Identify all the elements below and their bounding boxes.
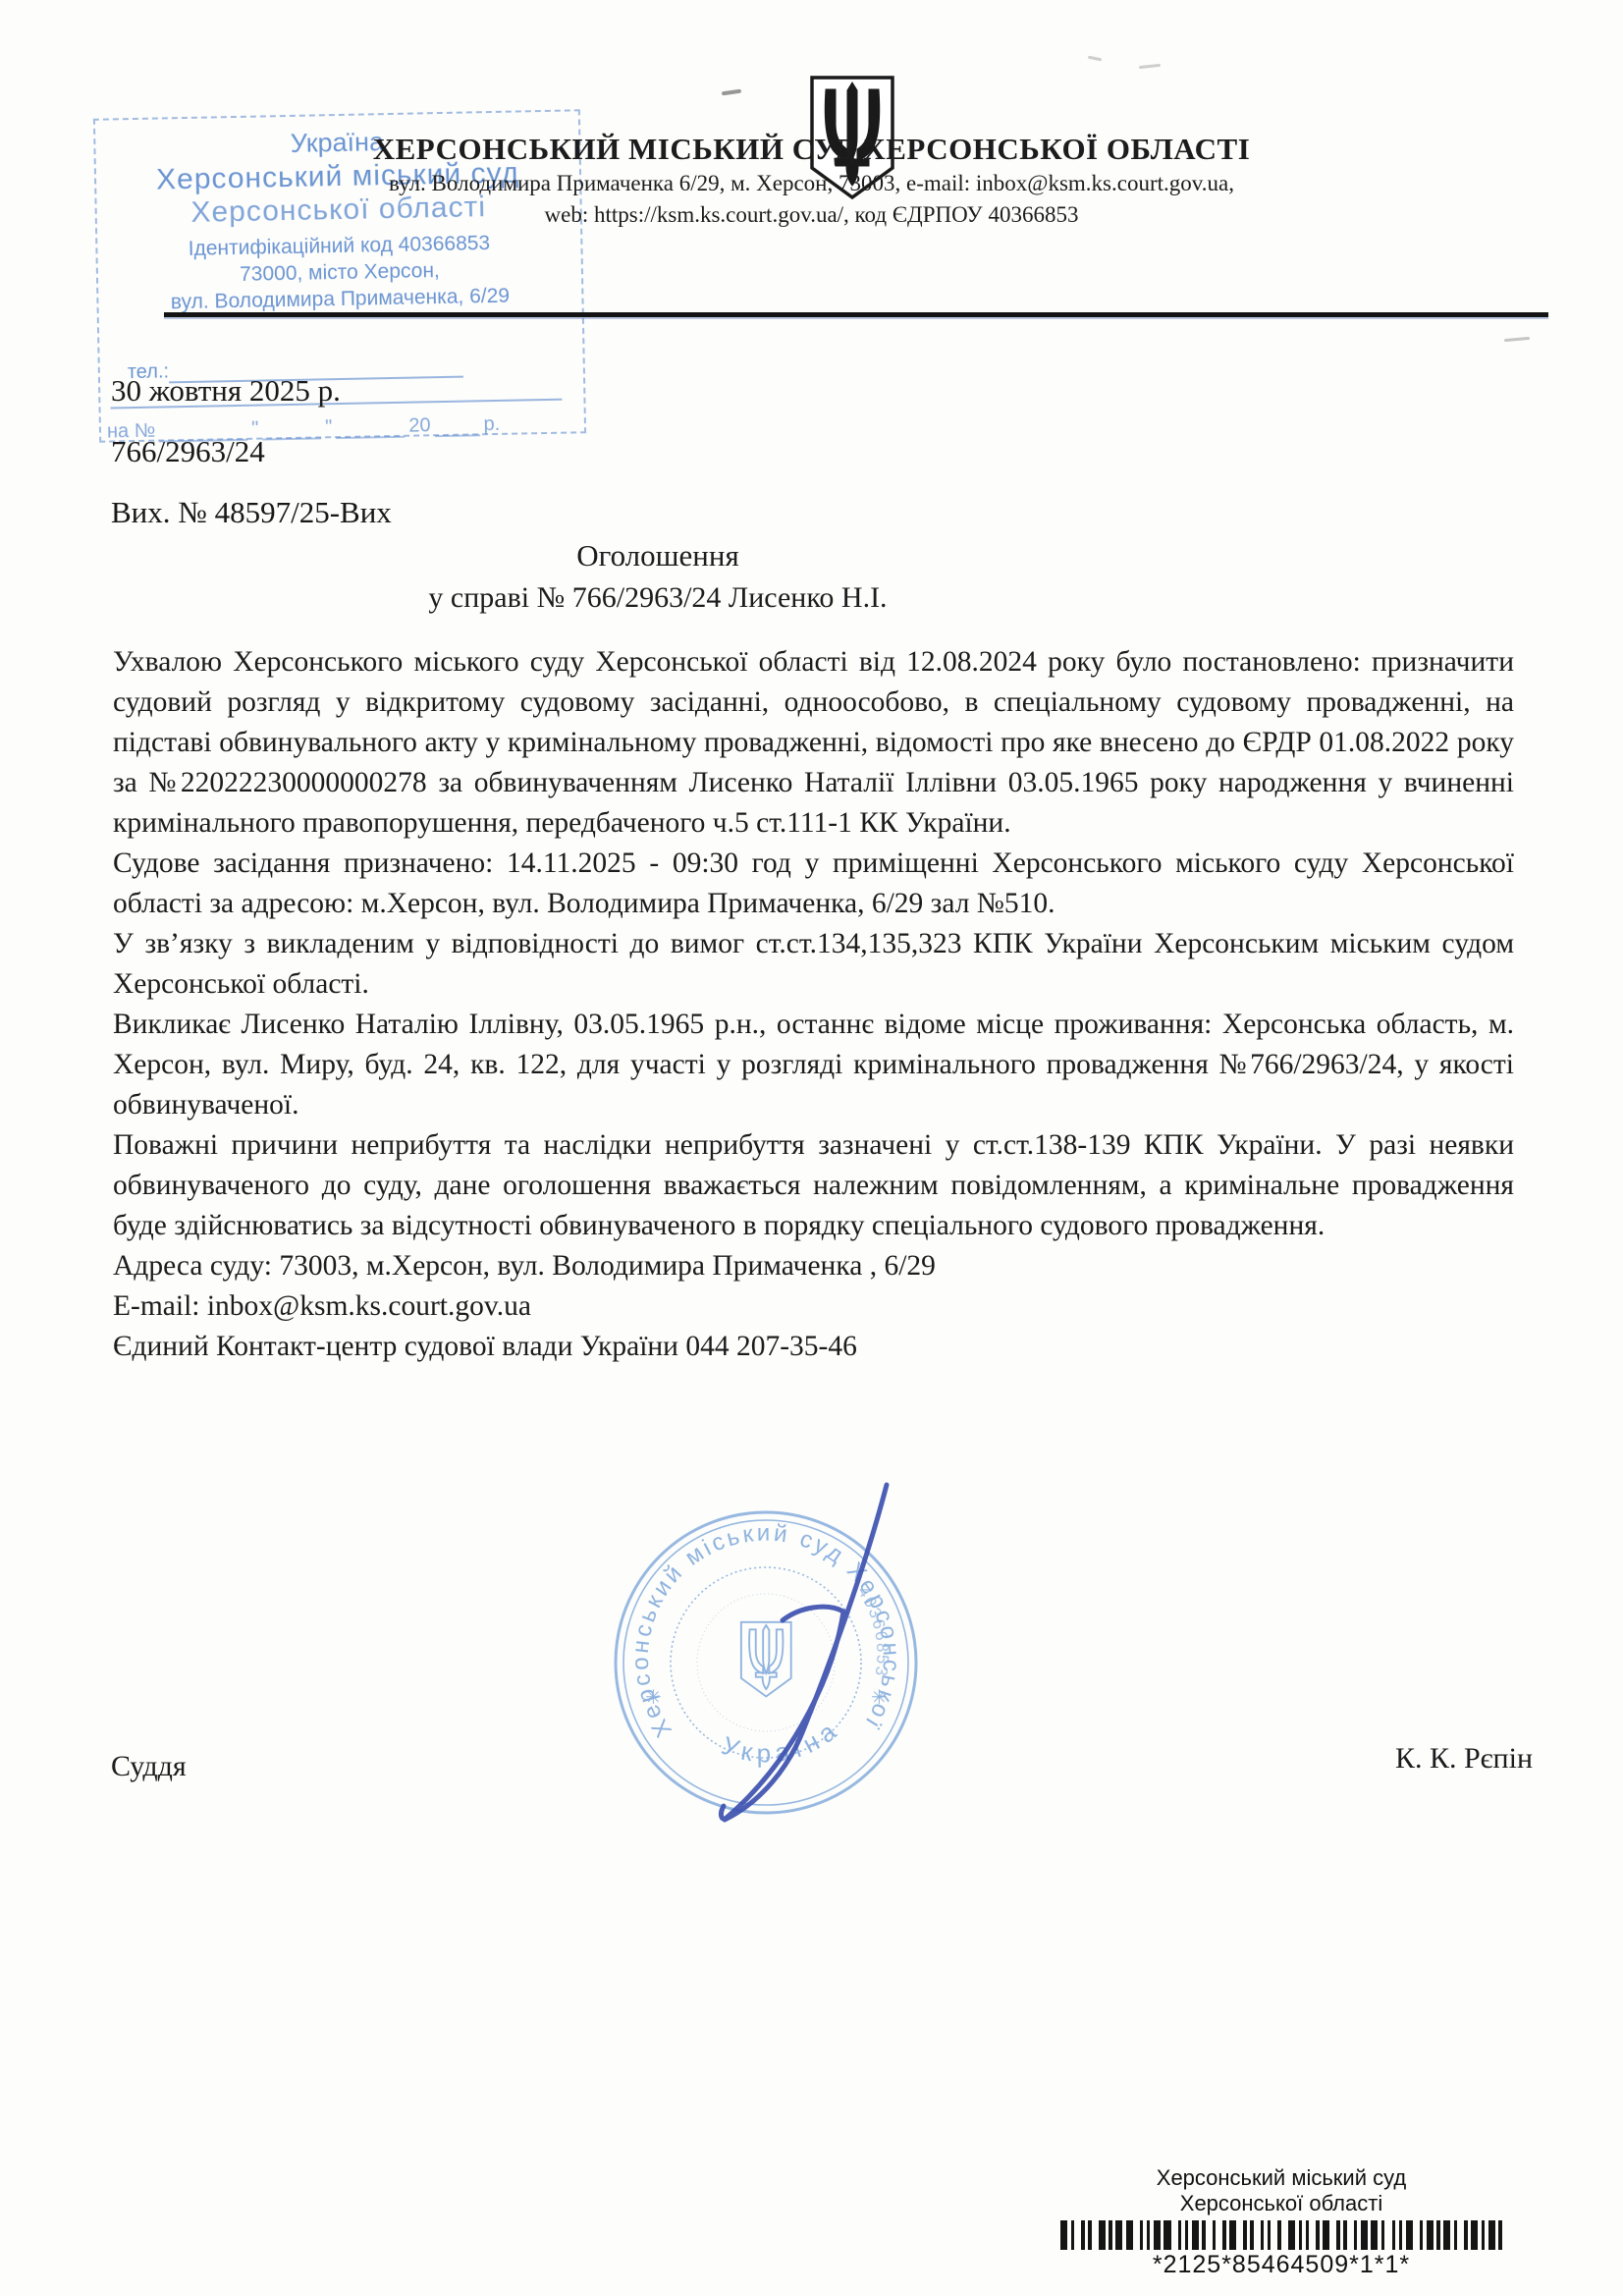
barcode-bar <box>1498 2220 1502 2250</box>
barcode-bar <box>1060 2220 1067 2250</box>
court-name-heading: ХЕРСОНСЬКИЙ МІСЬКИЙ СУД ХЕРСОНСЬКОЇ ОБЛА… <box>0 132 1623 167</box>
barcode-gap <box>1074 2220 1081 2250</box>
barcode-gap <box>1092 2220 1099 2250</box>
barcode-bar <box>1229 2220 1236 2250</box>
barcode-gap <box>1329 2220 1336 2250</box>
seal-trident-icon <box>741 1622 791 1697</box>
barcode-text: *2125*85464509*1*1* <box>1031 2251 1532 2279</box>
body-paragraph: У зв’язку з викладеним у відповідності д… <box>113 924 1514 1005</box>
footer-court-line1: Херсонський міський суд <box>1031 2165 1532 2191</box>
barcode-gap <box>1171 2220 1178 2250</box>
body-paragraph: Судове засідання призначено: 14.11.2025 … <box>113 844 1514 924</box>
barcode-gap <box>1133 2220 1140 2250</box>
body-paragraph-contact-center: Єдиний Контакт-центр судової влади Украї… <box>113 1327 1514 1367</box>
barcode-bar <box>1154 2220 1161 2250</box>
barcode-gap <box>1281 2220 1288 2250</box>
barcode-bar <box>1427 2220 1434 2250</box>
barcode-gap <box>1271 2220 1277 2250</box>
signer-role: Суддя <box>111 1750 187 1783</box>
barcode-gap <box>1413 2220 1420 2250</box>
seal-ring-text: Херсонський міський суд Херсонської обла… <box>565 1463 904 1744</box>
barcode-gap <box>1216 2220 1222 2250</box>
barcode-bar <box>1406 2220 1413 2250</box>
stamp-incoming-suffix: р. <box>483 413 500 436</box>
scan-artifact <box>1088 56 1102 62</box>
svg-text:Херсонський міський суд Херсон: Херсонський міський суд Херсонської обла… <box>565 1463 904 1744</box>
body-paragraph-email: E-mail: inbox@ksm.ks.court.gov.ua <box>113 1286 1514 1327</box>
body-paragraph-court-address: Адреса суду: 73003, м.Херсон, вул. Волод… <box>113 1246 1514 1286</box>
court-seal: Херсонський міський суд Херсонської обла… <box>565 1463 967 1866</box>
barcode-gap <box>1236 2220 1243 2250</box>
barcode-bar <box>1192 2220 1199 2250</box>
case-number: 766/2963/24 <box>111 434 265 469</box>
seal-star: ✳ <box>645 1687 662 1709</box>
court-address-line1: вул. Володимира Примаченка 6/29, м. Херс… <box>0 171 1623 196</box>
barcode-bar <box>1126 2220 1133 2250</box>
body-paragraph: Ухвалою Херсонського міського суду Херсо… <box>113 642 1514 844</box>
announcement-title: Оголошення <box>113 538 1203 574</box>
barcode-bar <box>1488 2220 1495 2250</box>
document-body: Ухвалою Херсонського міського суду Херсо… <box>113 642 1514 1367</box>
barcode-gap <box>1347 2220 1354 2250</box>
barcode-bar <box>1443 2220 1450 2250</box>
barcode-bar <box>1163 2220 1170 2250</box>
scan-artifact <box>722 89 741 96</box>
stamp-blank-line <box>434 414 479 437</box>
barcode-bar <box>1371 2220 1378 2250</box>
barcode-bar <box>1115 2220 1122 2250</box>
body-paragraph: Поважні причини неприбуття та наслідки н… <box>113 1125 1514 1246</box>
barcode-bar <box>1361 2220 1368 2250</box>
barcode-gap <box>1384 2220 1391 2250</box>
barcode-bar <box>1288 2220 1295 2250</box>
stamp-incoming-year: 20 <box>408 414 431 437</box>
barcode-gap <box>1309 2220 1316 2250</box>
barcode-gap <box>1457 2220 1464 2250</box>
stamp-blank-line <box>336 416 405 439</box>
barcode-gap <box>1206 2220 1213 2250</box>
scan-artifact <box>1504 337 1530 342</box>
scan-artifact <box>1139 64 1161 69</box>
stamp-blank-line <box>262 417 321 440</box>
header-divider-rule <box>164 312 1548 317</box>
document-page: Україна Херсонський міський суд Херсонсь… <box>0 0 1623 2296</box>
barcode-bar <box>1099 2220 1106 2250</box>
document-date: 30 жовтня 2025 р. <box>111 373 341 409</box>
footer-registration-block: Херсонський міський суд Херсонської обла… <box>1031 2165 1532 2279</box>
footer-court-line2: Херсонської області <box>1031 2191 1532 2216</box>
barcode <box>1060 2220 1502 2250</box>
court-address-line2: web: https://ksm.ks.court.gov.ua/, код Є… <box>0 202 1623 228</box>
barcode-bar <box>1471 2220 1478 2250</box>
outgoing-number: Вих. № 48597/25-Вих <box>111 495 392 530</box>
stamp-incoming-quote2: " <box>325 416 333 439</box>
signer-name: К. К. Рєпін <box>1395 1742 1533 1776</box>
barcode-gap <box>1254 2220 1261 2250</box>
seal-star: ✳ <box>871 1687 888 1709</box>
barcode-bar <box>1323 2220 1329 2250</box>
body-paragraph: Викликає Лисенко Наталію Іллівну, 03.05.… <box>113 1005 1514 1125</box>
announcement-subtitle: у справі № 766/2963/24 Лисенко Н.І. <box>113 581 1203 615</box>
